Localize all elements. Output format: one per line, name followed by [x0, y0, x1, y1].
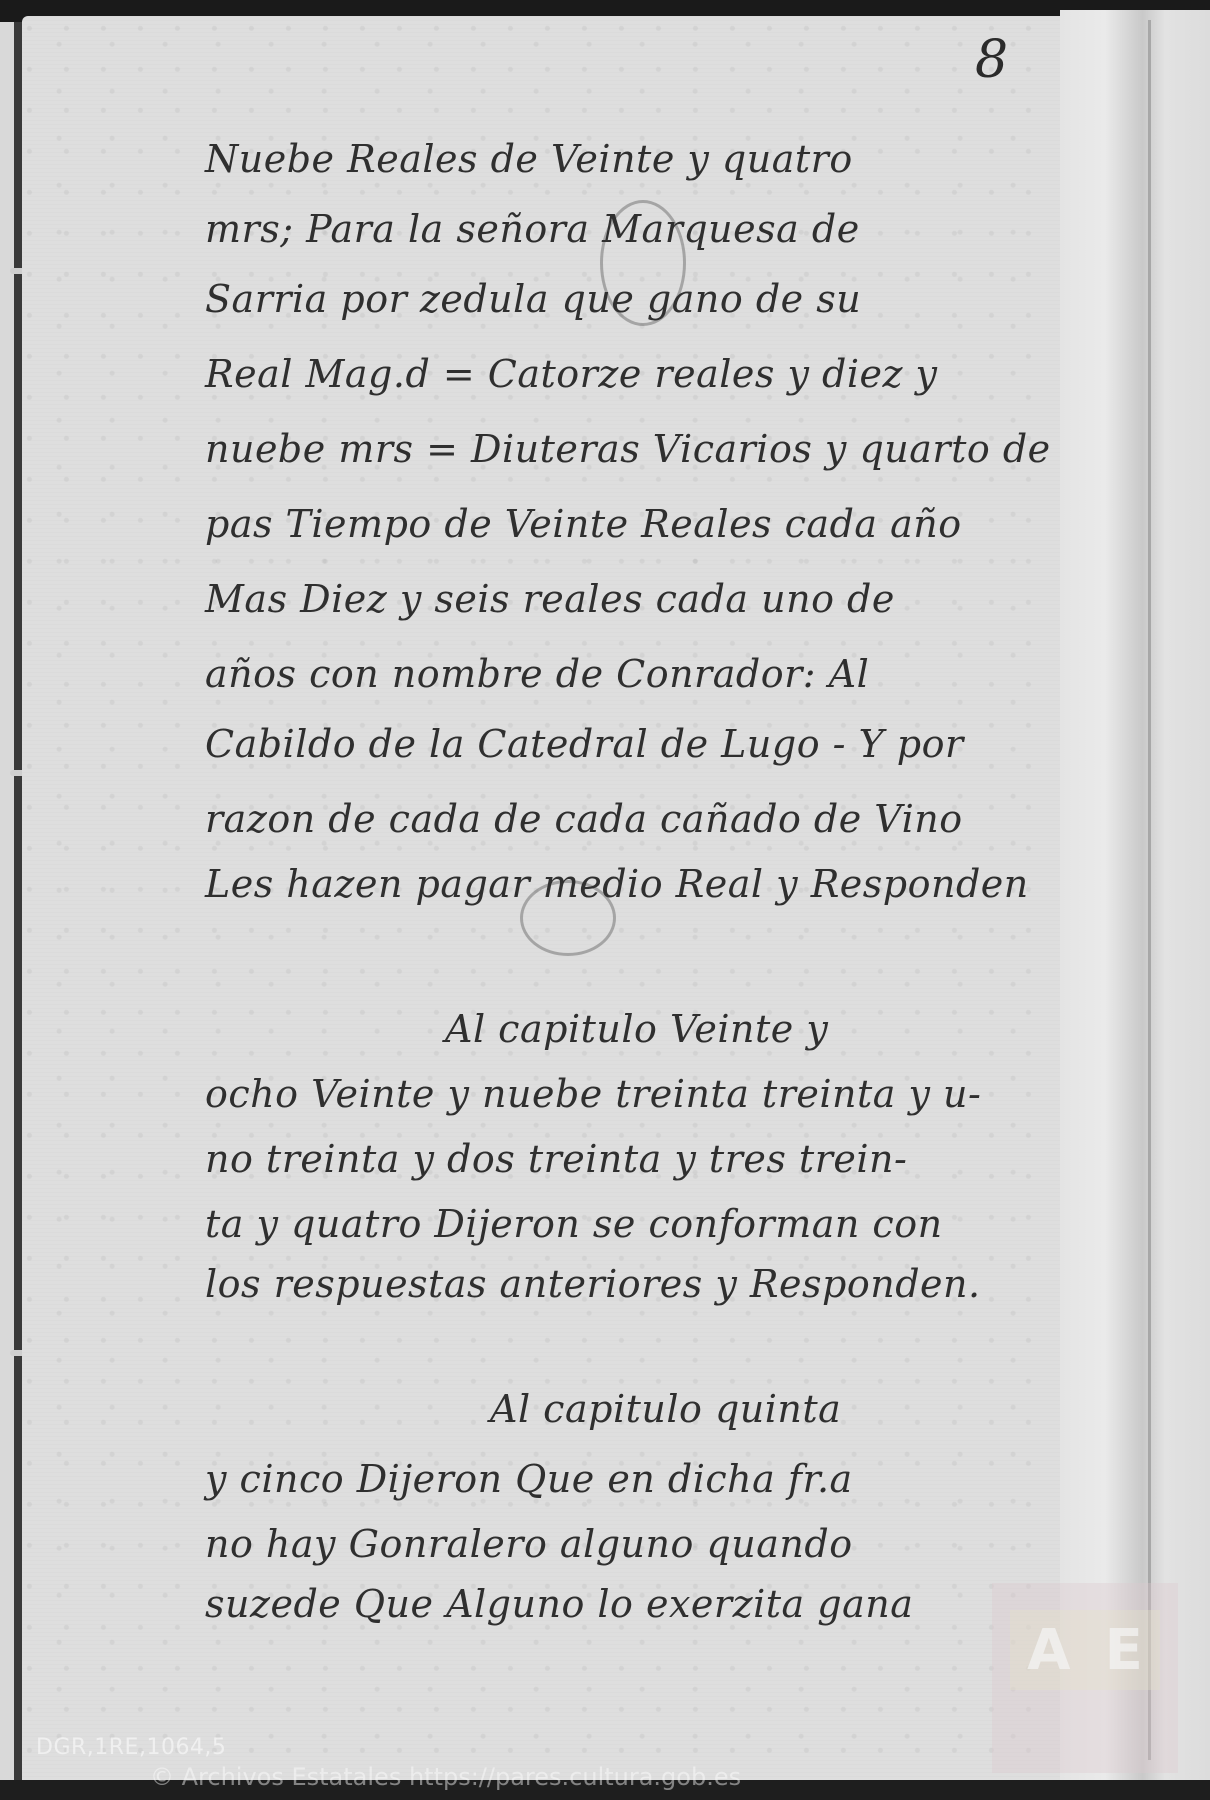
logo-letter: A	[1027, 1618, 1070, 1683]
copyright-watermark: © Archivos Estatales https://pares.cultu…	[150, 1763, 741, 1791]
folded-page-margin	[1060, 10, 1210, 1780]
text-line: años con nombre de Conrador: Al	[205, 655, 869, 693]
section-heading: Al capitulo Veinte y	[445, 1010, 828, 1048]
section-heading: Al capitulo quinta	[490, 1390, 841, 1428]
text-line: Sarria por zedula que gano de su	[205, 280, 861, 318]
text-line: suzede Que Alguno lo exerzita gana	[205, 1585, 913, 1623]
reference-id-watermark: DGR,1RE,1064,5	[36, 1735, 226, 1760]
text-line: Nuebe Reales de Veinte y quatro	[205, 140, 853, 178]
text-line: ta y quatro Dijeron se conforman con	[205, 1205, 943, 1243]
binding-spine	[14, 22, 22, 1782]
text-line: Real Mag.d = Catorze reales y diez y	[205, 355, 938, 393]
folio-number: 8	[975, 30, 1008, 90]
archive-logo-letters: A E	[1010, 1610, 1160, 1690]
text-line: nuebe mrs = Diuteras Vicarios y quarto d…	[205, 430, 1051, 468]
text-line: razon de cada de cada cañado de Vino	[205, 800, 963, 838]
text-line: no hay Gonralero alguno quando	[205, 1525, 853, 1563]
text-line: Mas Diez y seis reales cada uno de	[205, 580, 895, 618]
text-line: Cabildo de la Catedral de Lugo - Y por	[205, 725, 964, 763]
text-line: no treinta y dos treinta y tres trein-	[205, 1140, 907, 1178]
text-line: los respuestas anteriores y Responden.	[205, 1265, 981, 1303]
text-line: ocho Veinte y nuebe treinta treinta y u-	[205, 1075, 981, 1113]
text-line: Les hazen pagar medio Real y Responden	[205, 865, 1029, 903]
text-line: mrs; Para la señora Marquesa de	[205, 210, 860, 248]
page-crease	[1148, 20, 1151, 1760]
logo-letter: E	[1105, 1618, 1143, 1683]
text-line: y cinco Dijeron Que en dicha fr.a	[205, 1460, 853, 1498]
text-line: pas Tiempo de Veinte Reales cada año	[205, 505, 962, 543]
